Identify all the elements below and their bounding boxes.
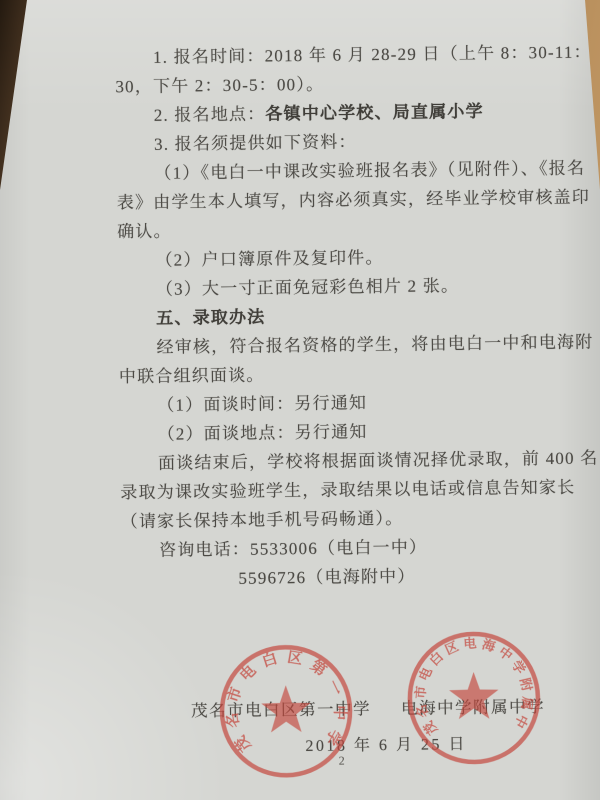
doc-line-label: 2. 报名地点： [154,104,266,124]
doc-line: 录取为课改实验班学生，录取结果以电话或信息告知家长 [120,472,600,507]
star-icon [261,685,311,733]
doc-line-value: 各镇中心学校、局直属小学 [265,102,484,124]
doc-line: 表》由学生本人填写，内容必须真实，经毕业学校审核盖印 [117,182,599,217]
school-seal-left: 茂名市电白区第一中学 [200,625,372,797]
doc-line-phone: 5596726（电海附中） [121,559,600,594]
paper-sheet: 1. 报名时间：2018 年 6 月 28-29 日（上午 8：30-11： 3… [0,0,600,800]
photo-background: 1. 报名时间：2018 年 6 月 28-29 日（上午 8：30-11： 3… [0,0,600,800]
star-icon [449,672,499,720]
doc-line: 经审核，符合报名资格的学生，将由电白一中和电海附 [118,327,600,362]
seal-text-right: 茂名市电白区电海中学附属中学 [388,612,536,738]
document-body: 1. 报名时间：2018 年 6 月 28-29 日（上午 8：30-11： 3… [115,37,600,594]
doc-line: 1. 报名时间：2018 年 6 月 28-29 日（上午 8：30-11： [115,37,597,72]
school-seal-right: 茂名市电白区电海中学附属中学 [388,612,560,784]
svg-text:茂名市电白区电海中学附属中学: 茂名市电白区电海中学附属中学 [388,612,536,738]
document-content: 1. 报名时间：2018 年 6 月 28-29 日（上午 8：30-11： 3… [0,0,600,800]
